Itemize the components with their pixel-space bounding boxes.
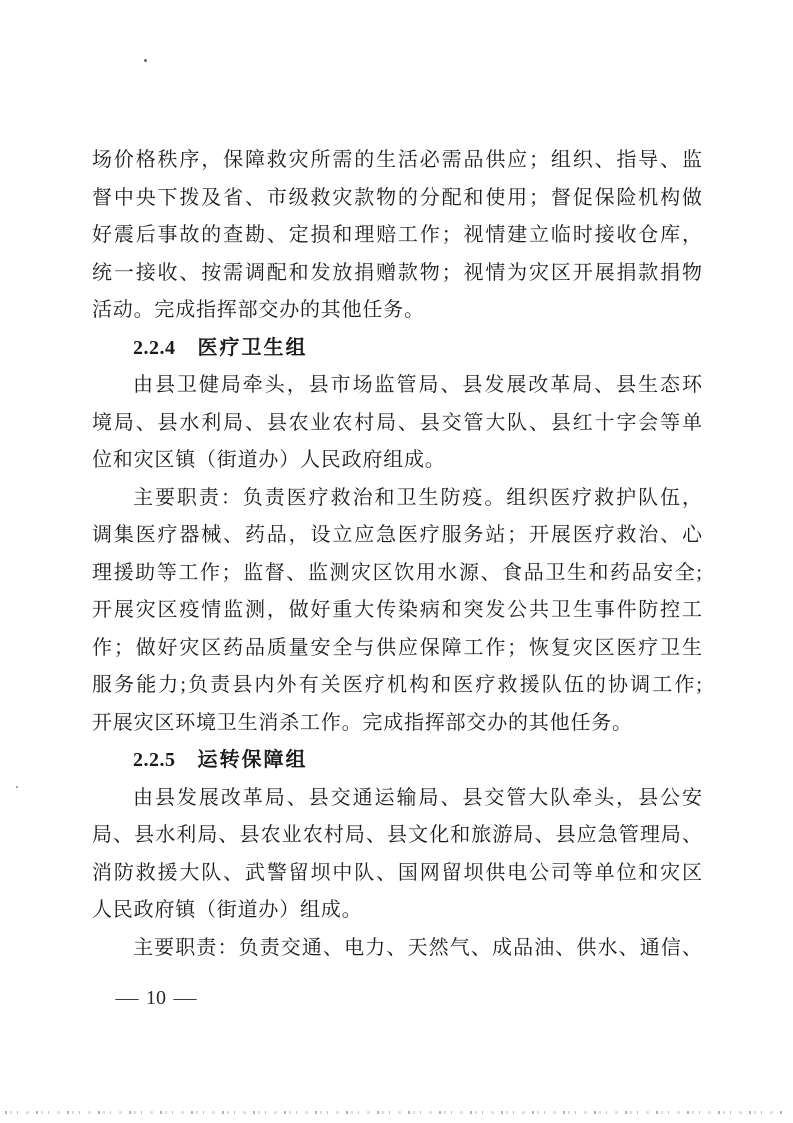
text-line: 调集医疗器械、药品，设立应急医疗服务站；开展医疗救治、心 (92, 517, 702, 555)
section-heading-2-2-5: 2.2.5运转保障组 (92, 742, 702, 780)
text-line: 人民政府镇（街道办）组成。 (92, 892, 702, 930)
text-line: 督中央下拨及省、市级救灾款物的分配和使用；督促保险机构做 (92, 180, 702, 218)
document-body: 场价格秩序，保障救灾所需的生活必需品供应；组织、指导、监 督中央下拨及省、市级救… (92, 142, 702, 967)
text-line: 服务能力;负责县内外有关医疗机构和医疗救援队伍的协调工作; (92, 667, 702, 705)
text-line: 局、县水利局、县农业农村局、县文化和旅游局、县应急管理局、 (92, 817, 702, 855)
page-footer: — 10 — (117, 986, 195, 1010)
page-number: 10 (146, 987, 166, 1010)
text-line: 消防救援大队、武警留坝中队、国网留坝供电公司等单位和灾区 (92, 855, 702, 893)
text-line: 主要职责：负责交通、电力、天然气、成品油、供水、通信、 (92, 930, 702, 968)
text-line: 统一接收、按需调配和发放捐赠款物；视情为灾区开展捐款捐物 (92, 255, 702, 293)
text-line: 活动。完成指挥部交办的其他任务。 (92, 292, 702, 330)
text-line: 境局、县水利局、县农业农村局、县交管大队、县红十字会等单 (92, 405, 702, 443)
text-line: 由县卫健局牵头，县市场监管局、县发展改革局、县生态环 (92, 367, 702, 405)
footer-dash-left: — (116, 987, 139, 1010)
text-line: 场价格秩序，保障救灾所需的生活必需品供应；组织、指导、监 (92, 142, 702, 180)
text-line: 作；做好灾区药品质量安全与供应保障工作；恢复灾区医疗卫生 (92, 630, 702, 668)
text-line: 理援助等工作；监督、监测灾区饮用水源、食品卫生和药品安全; (92, 555, 702, 593)
section-title: 医疗卫生组 (198, 337, 308, 359)
section-title: 运转保障组 (198, 749, 308, 771)
section-number: 2.2.5 (133, 749, 176, 771)
footer-dash-right: — (174, 987, 197, 1010)
text-line: 由县发展改革局、县交通运输局、县交管大队牵头，县公安 (92, 780, 702, 818)
document-page: 场价格秩序，保障救灾所需的生活必需品供应；组织、指导、监 督中央下拨及省、市级救… (0, 0, 793, 1123)
text-line: 主要职责：负责医疗救治和卫生防疫。组织医疗救护队伍， (92, 480, 702, 518)
scan-speck (144, 59, 147, 62)
text-line: 开展灾区环境卫生消杀工作。完成指挥部交办的其他任务。 (92, 705, 702, 743)
scan-speck (16, 786, 18, 788)
scan-noise-line (5, 1111, 784, 1114)
text-line: 开展灾区疫情监测，做好重大传染病和突发公共卫生事件防控工 (92, 592, 702, 630)
text-line: 好震后事故的查勘、定损和理赔工作；视情建立临时接收仓库， (92, 217, 702, 255)
text-line: 位和灾区镇（街道办）人民政府组成。 (92, 442, 702, 480)
section-number: 2.2.4 (133, 337, 176, 359)
section-heading-2-2-4: 2.2.4医疗卫生组 (92, 330, 702, 368)
